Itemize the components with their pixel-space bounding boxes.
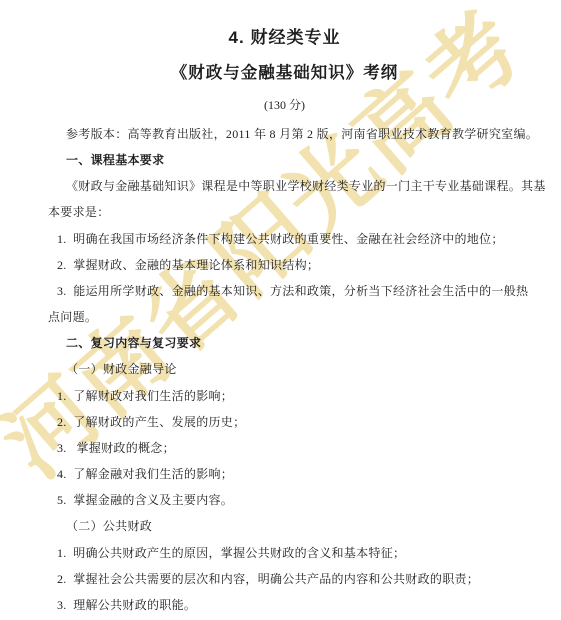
text-line: （二）公共财政 (48, 513, 521, 539)
document-page: 河南省阳光高考 4. 财经类专业 《财政与金融基础知识》考纲 (130 分) 参… (0, 0, 561, 620)
document-lines: 参考版本：高等教育出版社，2011 年 8 月第 2 版，河南省职业技术教育教学… (48, 121, 521, 618)
text-line: （一）财政金融导论 (48, 356, 521, 382)
text-line: 1. 了解财政对我们生活的影响； (48, 383, 521, 409)
text-line: 一、课程基本要求 (48, 147, 521, 173)
page-subtitle: 《财政与金融基础知识》考纲 (48, 62, 521, 84)
text-line: 参考版本：高等教育出版社，2011 年 8 月第 2 版，河南省职业技术教育教学… (48, 121, 521, 147)
text-line: 2. 了解财政的产生、发展的历史； (48, 409, 521, 435)
text-line: 3. 掌握财政的概念； (48, 435, 521, 461)
text-line: 2. 掌握财政、金融的基本理论体系和知识结构； (48, 252, 521, 278)
text-line: 2. 掌握社会公共需要的层次和内容，明确公共产品的内容和公共财政的职责； (48, 566, 521, 592)
text-line: 《财政与金融基础知识》课程是中等职业学校财经类专业的一门主干专业基础课程。其基 (48, 173, 521, 199)
score-line: (130 分) (48, 97, 521, 114)
text-line: 3. 理解公共财政的职能。 (48, 592, 521, 618)
text-line: 4. 了解金融对我们生活的影响； (48, 461, 521, 487)
text-line: 5. 掌握金融的含义及主要内容。 (48, 487, 521, 513)
text-line: 1. 明确在我国市场经济条件下构建公共财政的重要性、金融在社会经济中的地位； (48, 226, 521, 252)
text-line: 3. 能运用所学财政、金融的基本知识、方法和政策，分析当下经济社会生活中的一般热 (48, 278, 521, 304)
text-line: 1. 明确公共财政产生的原因，掌握公共财政的含义和基本特征； (48, 540, 521, 566)
document-content: 4. 财经类专业 《财政与金融基础知识》考纲 (130 分) 参考版本：高等教育… (0, 27, 561, 618)
text-line: 点问题。 (48, 304, 521, 330)
text-line: 二、复习内容与复习要求 (48, 330, 521, 356)
page-title: 4. 财经类专业 (48, 27, 521, 49)
text-line: 本要求是： (48, 199, 521, 225)
